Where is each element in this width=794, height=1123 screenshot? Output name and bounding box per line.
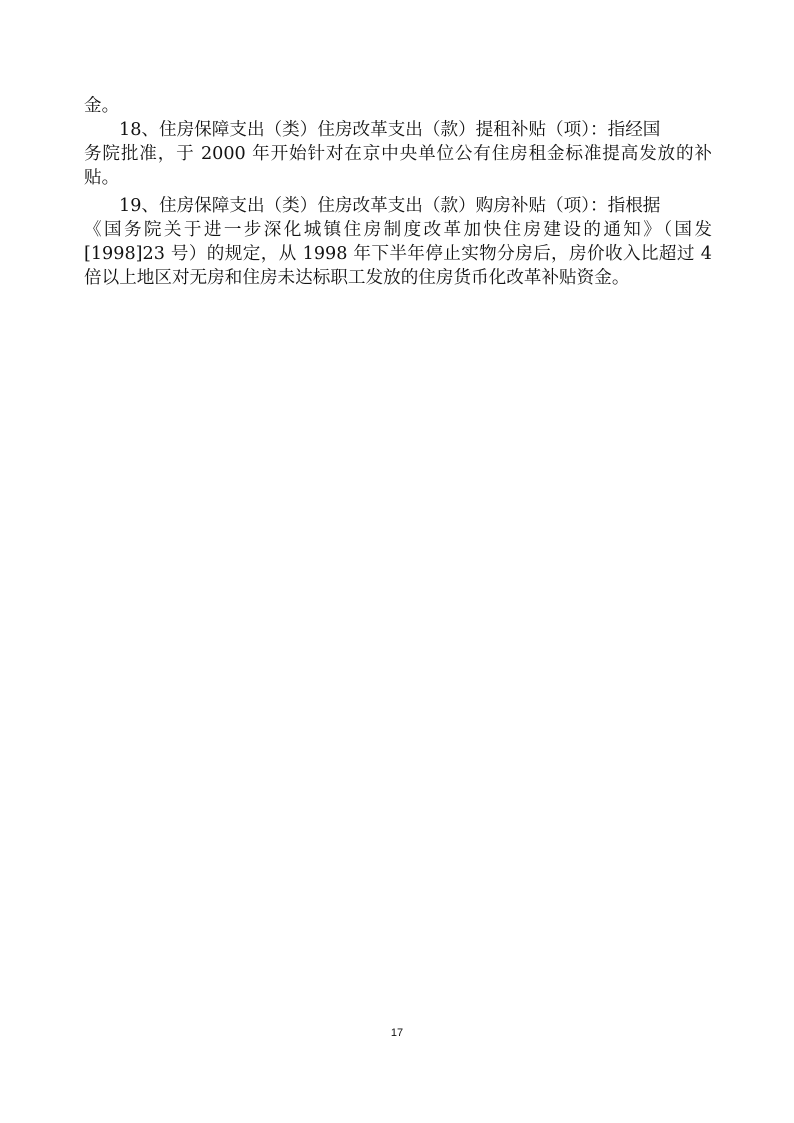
- text-line: 务院批准，于 2000 年开始针对在京中央单位公有住房租金标准提高发放的补: [84, 142, 712, 166]
- text-line-item-18: 18、住房保障支出（类）住房改革支出（款）提租补贴（项）：指经国: [119, 118, 660, 142]
- text-line: 《国务院关于进一步深化城镇住房制度改革加快住房建设的通知》（国发: [84, 218, 712, 242]
- document-page: 金。 18、住房保障支出（类）住房改革支出（款）提租补贴（项）：指经国 务院批准…: [0, 0, 794, 1123]
- text-line: [1998]23 号）的规定，从 1998 年下半年停止实物分房后，房价收入比超…: [84, 242, 712, 266]
- text-line-item-19: 19、住房保障支出（类）住房改革支出（款）购房补贴（项）：指根据: [119, 194, 660, 218]
- text-line: 贴。: [84, 166, 119, 190]
- text-line: 倍以上地区对无房和住房未达标职工发放的住房货币化改革补贴资金。: [84, 266, 629, 290]
- text-line-continuation: 金。: [84, 94, 119, 118]
- page-number: 17: [0, 1027, 794, 1039]
